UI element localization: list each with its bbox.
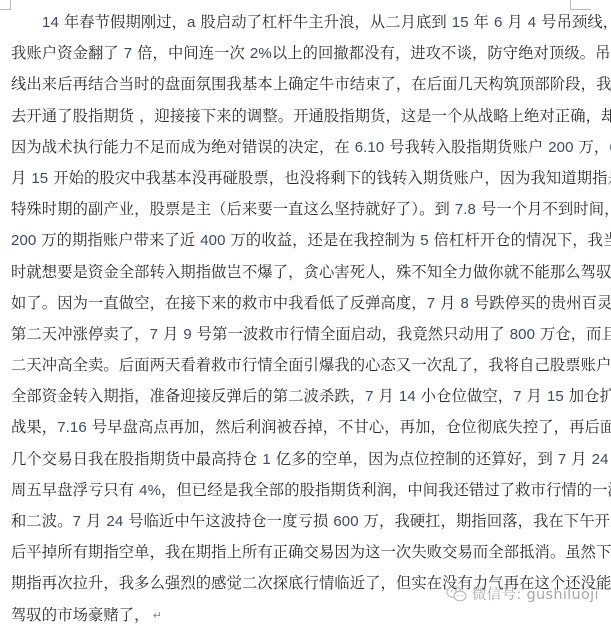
- text-segment: 号吊颈线，: [536, 13, 611, 31]
- numeric-value: 15: [547, 388, 564, 405]
- text-segment: 因为战术执行能力不足而成为绝对错误的决定，在: [11, 138, 355, 156]
- numeric-value: 200: [11, 232, 36, 249]
- text-segment: 月: [502, 13, 527, 31]
- text-segment: 周五早盘浮亏只有: [11, 481, 139, 499]
- numeric-value: 7: [73, 513, 81, 530]
- text-segment: 驾驭的市场豪赌了，: [11, 606, 150, 624]
- numeric-value: 2%: [250, 45, 272, 62]
- numeric-value: 14: [42, 14, 59, 31]
- text-segment: 以上的回撤都没有，进攻不谈，防守绝对顶级。吊颈: [272, 44, 611, 62]
- text-segment: 亿多的空单，因为点位控制的还算好，到: [271, 450, 558, 468]
- text-segment: 号跌停买的贵州百灵我: [469, 294, 611, 312]
- text-line: 14 年春节假期刚过，a 股启动了杠杆牛主升浪，从二月底到 15 年 6 月 4…: [11, 7, 591, 38]
- text-segment: 万的收益，还是在我控制为: [226, 231, 421, 249]
- text-segment: 去开通了股指期货 ，迎接接下来的调整。开通股指期货，这是一个从战略上绝对正确，却: [11, 107, 611, 125]
- text-segment: 倍，中间连一次: [132, 44, 250, 62]
- text-segment: 年: [469, 13, 494, 31]
- watermark-text: 微信号: gushiluoji: [472, 583, 599, 604]
- text-line: 周五早盘浮亏只有 4%，但已经是我全部的股指期货利润，中间我还错过了救市行情的一…: [11, 475, 591, 506]
- text-segment: 时就想要是资金全部转入期指做岂不爆了，贪心害死人，殊不知全力做你就不能那么驾驭自: [11, 263, 611, 281]
- text-segment: 开始的股灾中我基本没再碰股票，也没将剩下的钱转入期货账户，因为我知道期指是: [48, 169, 611, 187]
- text-line: 时就想要是资金全部转入期指做岂不爆了，贪心害死人，殊不知全力做你就不能那么驾驭自: [11, 257, 591, 288]
- text-segment: 线出来后再结合当时的盘面氛围我基本上确定牛市结束了，在后面几天构筑顶部阶段，我跑: [11, 75, 611, 93]
- text-segment: 号第一波救市行情全面启动，我竟然只动用了: [192, 325, 510, 343]
- text-segment: 月: [11, 169, 31, 187]
- numeric-value: 200: [548, 139, 573, 156]
- text-segment: 我账户资金翻了: [11, 44, 124, 62]
- numeric-value: 4: [528, 14, 536, 31]
- text-line: 月 15 开始的股灾中我基本没再碰股票，也没将剩下的钱转入期货账户，因为我知道期…: [11, 163, 591, 194]
- text-segment: 月: [435, 294, 460, 312]
- numeric-value: 1: [262, 451, 270, 468]
- numeric-value: 7: [513, 388, 521, 405]
- text-line: 因为战术执行能力不足而成为绝对错误的决定，在 6.10 号我转入股指期货账户 2…: [11, 132, 591, 163]
- numeric-value: 15: [31, 170, 48, 187]
- text-segment: 和二波。: [11, 512, 73, 530]
- numeric-value: 800: [510, 326, 535, 343]
- numeric-value: 15: [452, 14, 469, 31]
- text-segment: 号一个月不到时间，: [476, 200, 611, 218]
- text-segment: 股启动了杠杆牛主升浪，从二月底到: [195, 13, 451, 31]
- document-paragraph[interactable]: 14 年春节假期刚过，a 股启动了杠杆牛主升浪，从二月底到 15 年 6 月 4…: [11, 7, 591, 625]
- text-line: 全部资金转入期指，准备迎接反弹后的第二波杀跌，7 月 14 小仓位做空，7 月 …: [11, 381, 591, 412]
- numeric-value: 6.10: [355, 139, 385, 156]
- text-segment: 战果，: [11, 418, 57, 436]
- text-segment: 号早盘高点再加，然后利润被吞掉，不甘心，再加，仓位彻底失控了，再后面: [87, 418, 611, 436]
- numeric-value: 9: [183, 326, 191, 343]
- text-segment: 万，我硬扛，期指回落，我在下午开盘: [359, 512, 611, 530]
- numeric-value: 5: [420, 232, 428, 249]
- numeric-value: 7.16: [57, 419, 87, 436]
- text-segment: 万的期指账户带来了近: [36, 231, 200, 249]
- text-segment: 第二天冲涨停卖了，: [11, 325, 150, 343]
- numeric-value: 7: [124, 45, 132, 62]
- text-line: 去开通了股指期货 ，迎接接下来的调整。开通股指期货，这是一个从战略上绝对正确，却: [11, 101, 591, 132]
- wechat-icon: [446, 585, 468, 603]
- numeric-value: 7.8: [455, 201, 476, 218]
- text-segment: ，但已经是我全部的股指期货利润，中间我还错过了救市行情的一波: [161, 481, 611, 499]
- text-segment: 万，: [574, 138, 610, 156]
- text-line: 第二天冲涨停卖了，7 月 9 号第一波救市行情全面启动，我竟然只动用了 800 …: [11, 319, 591, 350]
- numeric-value: 24: [106, 513, 123, 530]
- text-segment: 月: [81, 512, 106, 530]
- text-line: 如了。因为一直做空，在接下来的救市中我看低了反弹高度，7 月 8 号跌停买的贵州…: [11, 288, 591, 319]
- margin-corner-mark-top-left: [0, 0, 11, 10]
- text-line: 二天冲高全卖。后面两天看着救市行情全面引爆我的心态又一次乱了，我将自己股票账户上: [11, 350, 591, 381]
- text-segment: 加仓扩大: [564, 387, 611, 405]
- text-segment: 月: [522, 387, 547, 405]
- document-page: 14 年春节假期刚过，a 股启动了杠杆牛主升浪，从二月底到 15 年 6 月 4…: [0, 0, 611, 625]
- text-line: 我账户资金翻了 7 倍，中间连一次 2%以上的回撤都没有，进攻不谈，防守绝对顶级…: [11, 38, 591, 69]
- numeric-value: 7: [365, 388, 373, 405]
- numeric-value: 4%: [139, 482, 161, 499]
- text-line: 战果，7.16 号早盘高点再加，然后利润被吞掉，不甘心，再加，仓位彻底失控了，再…: [11, 412, 591, 443]
- text-line: 几个交易日我在股指期货中最高持仓 1 亿多的空单，因为点位控制的还算好，到 7 …: [11, 444, 591, 475]
- numeric-value: 24: [592, 451, 609, 468]
- text-line: 线出来后再结合当时的盘面氛围我基本上确定牛市结束了，在后面几天构筑顶部阶段，我跑: [11, 69, 591, 100]
- text-line: 200 万的期指账户带来了近 400 万的收益，还是在我控制为 5 倍杠杆开仓的…: [11, 225, 591, 256]
- text-line: 后平掉所有期指空单，我在期指上所有正确交易因为这一次失败交易而全部抵消。虽然下午: [11, 537, 591, 568]
- text-segment: 号我转入股指期货账户: [384, 138, 548, 156]
- text-segment: 万仓，而且第: [535, 325, 611, 343]
- numeric-value: 7: [150, 326, 158, 343]
- text-segment: 全部资金转入期指，准备迎接反弹后的第二波杀跌，: [11, 387, 365, 405]
- text-segment: 后平掉所有期指空单，我在期指上所有正确交易因为这一次失败交易而全部抵消。虽然下午: [11, 543, 611, 561]
- text-segment: 二天冲高全卖。后面两天看着救市行情全面引爆我的心态又一次乱了，我将自己股票账户上: [11, 356, 611, 374]
- paragraph-mark-icon: ↵: [153, 609, 162, 622]
- numeric-value: 7: [427, 295, 435, 312]
- text-segment: 如了。因为一直做空，在接下来的救市中我看低了反弹高度，: [11, 294, 427, 312]
- numeric-value: 8: [461, 295, 469, 312]
- text-segment: 年春节假期刚过，: [59, 13, 187, 31]
- wechat-watermark: 微信号: gushiluoji: [446, 583, 599, 604]
- text-segment: 月: [158, 325, 183, 343]
- text-segment: 月: [566, 450, 591, 468]
- text-segment: 月: [374, 387, 399, 405]
- text-segment: 几个交易日我在股指期货中最高持仓: [11, 450, 262, 468]
- text-line: 特殊时期的副产业，股票是主（后来要一直这么坚持就好了）。到 7.8 号一个月不到…: [11, 194, 591, 225]
- text-segment: 倍杠杆开仓的情况下，我当: [429, 231, 611, 249]
- numeric-value: 14: [399, 388, 416, 405]
- text-segment: 小仓位做空，: [416, 387, 513, 405]
- numeric-value: 400: [200, 232, 225, 249]
- text-segment: 号临近中午这波持仓一度亏损: [123, 512, 333, 530]
- text-line: 和二波。7 月 24 号临近中午这波持仓一度亏损 600 万，我硬扛，期指回落，…: [11, 506, 591, 537]
- text-segment: 特殊时期的副产业，股票是主（后来要一直这么坚持就好了）。到: [11, 200, 455, 218]
- numeric-value: 600: [333, 513, 358, 530]
